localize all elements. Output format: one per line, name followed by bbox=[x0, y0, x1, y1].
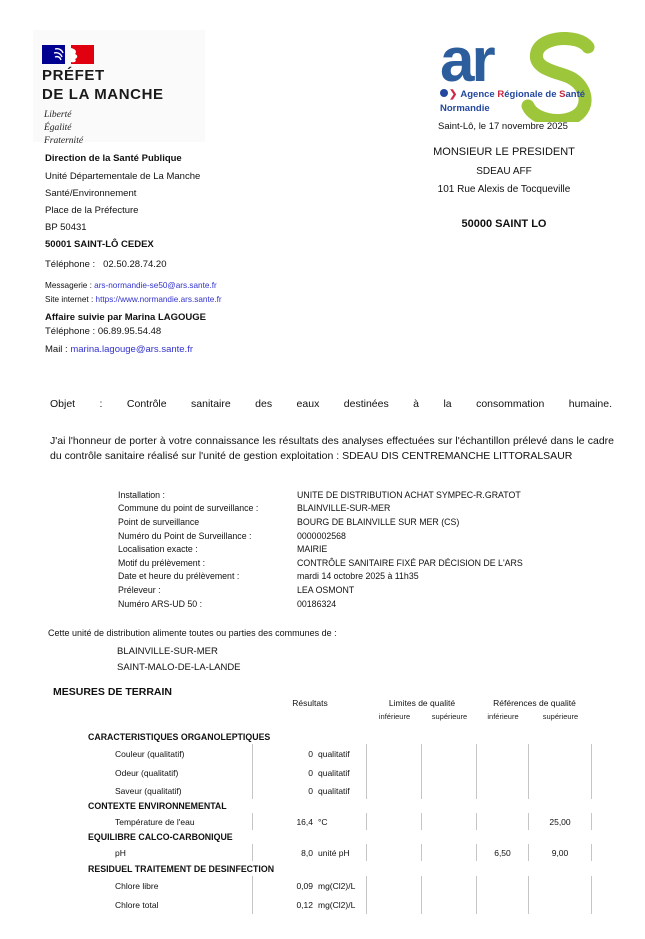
sender-messagerie: Messagerie : ars-normandie-se50@ars.sant… bbox=[45, 281, 217, 290]
motto-liberte: Liberté bbox=[44, 109, 83, 122]
col-header-resultats: Résultats bbox=[253, 698, 367, 708]
limit-sup bbox=[422, 813, 477, 830]
recipient-name: MONSIEUR LE PRESIDENT bbox=[398, 146, 610, 158]
subcol-lim-sup: supérieure bbox=[422, 712, 477, 721]
param-name: pH bbox=[88, 844, 253, 861]
motto: Liberté Égalité Fraternité bbox=[44, 109, 83, 148]
limit-inf bbox=[367, 763, 422, 782]
communes-intro: Cette unité de distribution alimente tou… bbox=[48, 628, 337, 638]
param-result: 0qualitatif bbox=[253, 763, 367, 782]
limit-sup bbox=[422, 744, 477, 763]
ref-sup: 25,00 bbox=[529, 813, 592, 830]
motto-fraternite: Fraternité bbox=[44, 135, 83, 148]
prefet-logo-block: PRÉFET DE LA MANCHE Liberté Égalité Frat… bbox=[33, 30, 205, 142]
table-row: pH 8,0unité pH 6,50 9,00 bbox=[88, 844, 592, 861]
detail-row: Localisation exacte :MAIRIE bbox=[118, 542, 618, 556]
detail-row: Motif du prélèvement :CONTRÔLE SANITAIRE… bbox=[118, 556, 618, 570]
detail-row: Installation :UNITE DE DISTRIBUTION ACHA… bbox=[118, 488, 618, 502]
sender-phone2: Téléphone : 06.89.95.54.48 bbox=[45, 326, 161, 337]
sender-affaire: Affaire suivie par Marina LAGOUGE bbox=[45, 312, 206, 323]
param-name: Couleur (qualitatif) bbox=[88, 744, 253, 763]
ref-inf bbox=[477, 744, 529, 763]
col-header-limites: Limites de qualité bbox=[367, 698, 477, 708]
recipient-street: 101 Rue Alexis de Tocqueville bbox=[398, 184, 610, 195]
param-result: 8,0unité pH bbox=[253, 844, 367, 861]
ref-inf: 6,50 bbox=[477, 844, 529, 861]
limit-sup bbox=[422, 876, 477, 895]
subcol-lim-inf: inférieure bbox=[367, 712, 422, 721]
sender-phone: Téléphone : 02.50.28.74.20 bbox=[45, 259, 167, 270]
objet-line: Objet : Contrôle sanitaire des eaux dest… bbox=[50, 398, 612, 410]
param-name: Température de l'eau bbox=[88, 813, 253, 830]
param-name: Odeur (qualitatif) bbox=[88, 763, 253, 782]
website-link[interactable]: https://www.normandie.ars.sante.fr bbox=[96, 295, 222, 304]
limit-inf bbox=[367, 876, 422, 895]
param-result: 0qualitatif bbox=[253, 782, 367, 799]
prefet-title-line1: PRÉFET bbox=[42, 68, 105, 83]
table-section-title: EQUILIBRE CALCO-CARBONIQUE bbox=[88, 830, 592, 844]
ref-sup bbox=[529, 744, 592, 763]
ars-tagline-text: Agence bbox=[460, 89, 497, 100]
recipient-city: 50000 SAINT LO bbox=[398, 218, 610, 230]
limit-sup bbox=[422, 844, 477, 861]
sender-block: Direction de la Santé Publique Unité Dép… bbox=[45, 153, 375, 363]
letter-page: PRÉFET DE LA MANCHE Liberté Égalité Frat… bbox=[0, 0, 645, 939]
sender-direction: Direction de la Santé Publique bbox=[45, 153, 182, 164]
limit-sup bbox=[422, 895, 477, 914]
detail-row: Préleveur :LEA OSMONT bbox=[118, 583, 618, 597]
param-name: Saveur (qualitatif) bbox=[88, 782, 253, 799]
ref-inf bbox=[477, 782, 529, 799]
messagerie-email-link[interactable]: ars-normandie-se50@ars.sante.fr bbox=[94, 281, 217, 290]
table-row: Odeur (qualitatif) 0qualitatif bbox=[88, 763, 592, 782]
limit-inf bbox=[367, 813, 422, 830]
ref-sup bbox=[529, 763, 592, 782]
param-result: 0,12mg(Cl2)/L bbox=[253, 895, 367, 914]
intro-paragraph: J'ai l'honneur de porter à votre connais… bbox=[50, 434, 614, 464]
table-row: Saveur (qualitatif) 0qualitatif bbox=[88, 782, 592, 799]
sender-bp: BP 50431 bbox=[45, 222, 87, 233]
results-table: CARACTERISTIQUES ORGANOLEPTIQUES Couleur… bbox=[88, 729, 592, 914]
table-section-title: CARACTERISTIQUES ORGANOLEPTIQUES bbox=[88, 729, 592, 744]
col-header-references: Références de qualité bbox=[477, 698, 592, 708]
french-flag-icon bbox=[42, 45, 94, 65]
ref-inf bbox=[477, 895, 529, 914]
param-result: 0,09mg(Cl2)/L bbox=[253, 876, 367, 895]
detail-row: Numéro du Point de Surveillance :0000002… bbox=[118, 529, 618, 543]
limit-inf bbox=[367, 844, 422, 861]
ars-dot-icon bbox=[440, 89, 448, 97]
ars-tagline: ❯Agence Régionale de Santé bbox=[440, 89, 585, 100]
param-name: Chlore libre bbox=[88, 876, 253, 895]
ref-inf bbox=[477, 813, 529, 830]
limit-inf bbox=[367, 895, 422, 914]
motto-egalite: Égalité bbox=[44, 122, 83, 135]
detail-row: Date et heure du prélèvement :mardi 14 o… bbox=[118, 570, 618, 584]
recipient-org: SDEAU AFF bbox=[398, 166, 610, 177]
contact-email-link[interactable]: marina.lagouge@ars.sante.fr bbox=[70, 344, 193, 355]
ref-sup bbox=[529, 876, 592, 895]
table-row: Chlore libre 0,09mg(Cl2)/L bbox=[88, 876, 592, 895]
ref-sup bbox=[529, 782, 592, 799]
ars-region-label: Normandie bbox=[440, 103, 490, 114]
ars-logo-ar-letters: ar bbox=[440, 32, 493, 90]
table-section-title: CONTEXTE ENVIRONNEMENTAL bbox=[88, 799, 592, 813]
letter-date: Saint-Lô, le 17 novembre 2025 bbox=[395, 121, 611, 132]
table-row: Température de l'eau 16,4°C 25,00 bbox=[88, 813, 592, 830]
param-result: 16,4°C bbox=[253, 813, 367, 830]
sender-street: Place de la Préfecture bbox=[45, 205, 138, 216]
table-row: Chlore total 0,12mg(Cl2)/L bbox=[88, 895, 592, 914]
prefet-title-line2: DE LA MANCHE bbox=[42, 87, 164, 102]
ref-inf bbox=[477, 763, 529, 782]
sender-service: Santé/Environnement bbox=[45, 188, 136, 199]
sender-unite: Unité Départementale de La Manche bbox=[45, 171, 200, 182]
sample-details: Installation :UNITE DE DISTRIBUTION ACHA… bbox=[118, 488, 618, 610]
section-title-mesures: MESURES DE TERRAIN bbox=[53, 686, 172, 698]
ref-sup bbox=[529, 895, 592, 914]
param-result: 0qualitatif bbox=[253, 744, 367, 763]
table-row: Couleur (qualitatif) 0qualitatif bbox=[88, 744, 592, 763]
sender-mail: Mail : marina.lagouge@ars.sante.fr bbox=[45, 344, 193, 355]
ars-crescent-icon: ❯ bbox=[449, 89, 457, 100]
detail-row: Point de surveillanceBOURG DE BLAINVILLE… bbox=[118, 515, 618, 529]
limit-inf bbox=[367, 782, 422, 799]
limit-sup bbox=[422, 763, 477, 782]
sender-city: 50001 SAINT-LÔ CEDEX bbox=[45, 239, 154, 250]
subcol-ref-sup: supérieure bbox=[529, 712, 592, 721]
detail-row: Numéro ARS-UD 50 :00186324 bbox=[118, 597, 618, 611]
subcol-ref-inf: inférieure bbox=[477, 712, 529, 721]
ref-inf bbox=[477, 876, 529, 895]
commune-item: SAINT-MALO-DE-LA-LANDE bbox=[117, 662, 241, 673]
limit-sup bbox=[422, 782, 477, 799]
detail-row: Commune du point de surveillance :BLAINV… bbox=[118, 502, 618, 516]
table-section-title: RESIDUEL TRAITEMENT DE DESINFECTION bbox=[88, 861, 592, 876]
limit-inf bbox=[367, 744, 422, 763]
sender-site: Site internet : https://www.normandie.ar… bbox=[45, 295, 222, 304]
param-name: Chlore total bbox=[88, 895, 253, 914]
ars-logo-s-letter bbox=[516, 32, 604, 122]
commune-item: BLAINVILLE-SUR-MER bbox=[117, 646, 218, 657]
ref-sup: 9,00 bbox=[529, 844, 592, 861]
